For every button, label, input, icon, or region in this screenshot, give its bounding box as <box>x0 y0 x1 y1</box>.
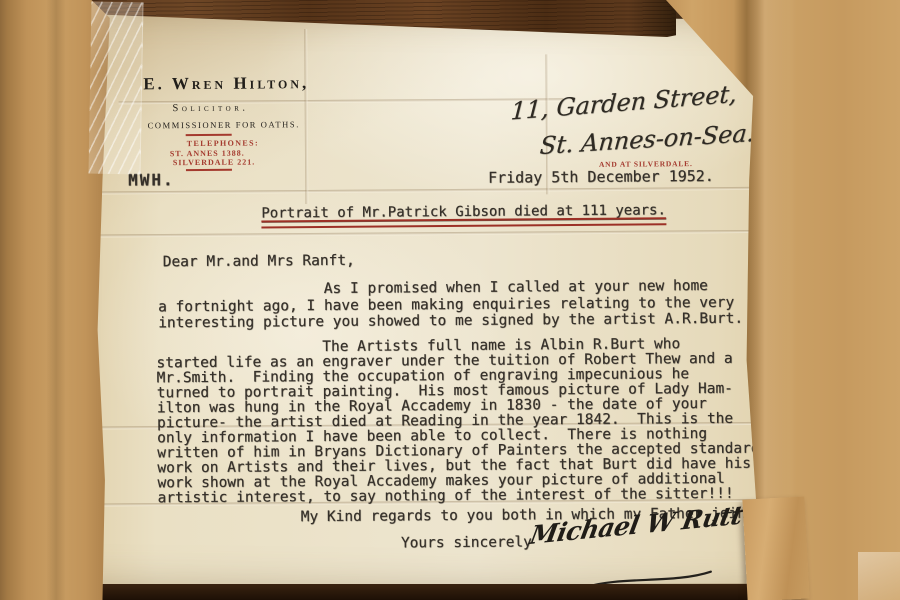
letter-date: Friday 5th December 1952. <box>488 167 714 187</box>
paragraph-1: As I promised when I called at your new … <box>158 278 743 332</box>
letterhead-telephones-label: TELEPHONES: <box>187 138 259 148</box>
letterhead-commissioner: COMMISSIONER FOR OATHS. <box>148 119 300 130</box>
letterhead-phone-silverdale: SILVERDALE 221. <box>173 158 255 168</box>
letterhead-rule-top <box>186 134 232 136</box>
clear-tape-bottom-right <box>858 552 900 600</box>
subject-line: Portrait of Mr.Patrick Gibson died at 11… <box>261 202 666 228</box>
clear-tape-top-left <box>89 2 144 175</box>
valediction: Yours sincerely <box>401 534 532 551</box>
salutation: Dear Mr.and Mrs Ranft, <box>163 253 355 271</box>
address-town: St. Annes-on-Sea. <box>539 119 756 160</box>
brown-tape-bottom-right <box>742 496 809 600</box>
paragraph-2: The Artists full name is Albin R.Burt wh… <box>156 337 760 507</box>
framed-letter-photo: E. Wren Hilton, Solicitor. COMMISSIONER … <box>0 0 900 600</box>
letterhead-name: E. Wren Hilton, <box>143 73 309 94</box>
letterhead-rule-bottom <box>186 169 232 171</box>
address-street: 11, Garden Street, <box>510 80 738 126</box>
letterhead-role: Solicitor. <box>172 103 248 115</box>
